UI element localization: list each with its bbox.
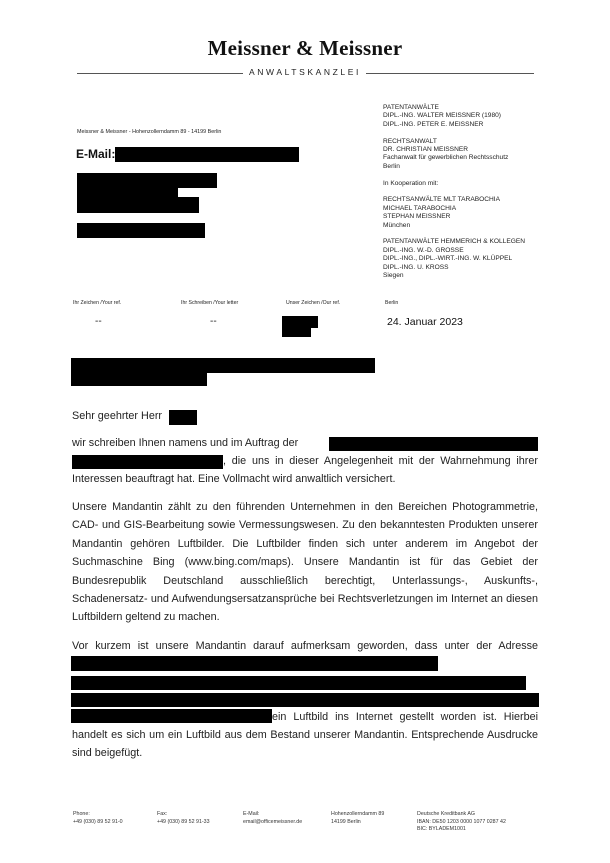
redacted-address-line-4 — [77, 223, 205, 238]
firm-subtitle-text: ANWALTSKANZLEI — [244, 67, 366, 77]
para3-line1: Vor kurzem ist unsere Mandantin darauf a… — [72, 637, 538, 655]
sidebar-line: Fachanwalt für gewerblichen Rechtsschutz — [383, 154, 525, 162]
sidebar-line: PATENTANWÄLTE HEMMERICH & KOLLEGEN — [383, 238, 525, 246]
partner-block-tarabochia: RECHTSANWÄLTE MLT TARABOCHIA MICHAEL TAR… — [383, 196, 525, 230]
redacted-recipient-name — [169, 410, 197, 425]
para1-line2: , die uns in dieser Angelegenheit mit de… — [223, 452, 538, 470]
redacted-subject-line-2 — [71, 372, 207, 386]
place-label: Berlin — [385, 300, 398, 306]
footer-phone-label: Phone: — [73, 811, 123, 819]
para1-line3: Interessen beauftragt hat. Eine Vollmach… — [72, 470, 395, 488]
sidebar-line: MICHAEL TARABOCHIA — [383, 205, 525, 213]
para3-line5: ein Luftbild ins Internet gestellt worde… — [272, 708, 538, 726]
footer-iban: IBAN: DE50 1203 0000 1077 0287 42 — [417, 819, 506, 827]
partner-block-cooperation: In Kooperation mit: — [383, 180, 525, 188]
sidebar-line: DIPL.-ING., DIPL.-WIRT.-ING. W. KLÜPPEL — [383, 255, 525, 263]
partner-block-rechtsanwalt: RECHTSANWALT DR. CHRISTIAN MEISSNER Fach… — [383, 138, 525, 172]
sidebar-line: Siegen — [383, 272, 525, 280]
sidebar-line: DR. CHRISTIAN MEISSNER — [383, 146, 525, 154]
redacted-our-ref-2 — [282, 327, 311, 337]
footer-fax-value: +49 (030) 89 52 91-33 — [157, 819, 210, 827]
partner-block-patentanwaelte: PATENTANWÄLTE DIPL.-ING. WALTER MEISSNER… — [383, 104, 525, 129]
sidebar-line: DIPL.-ING. WALTER MEISSNER (1980) — [383, 112, 525, 120]
sidebar-line: In Kooperation mit: — [383, 180, 525, 188]
your-ref-label: Ihr Zeichen /Your ref. — [73, 300, 121, 306]
firm-subtitle: ANWALTSKANZLEI — [0, 67, 610, 77]
partner-sidebar: PATENTANWÄLTE DIPL.-ING. WALTER MEISSNER… — [383, 104, 525, 289]
your-letter-value: -- — [210, 316, 217, 327]
redacted-subject-line-1 — [71, 358, 375, 373]
recipient-email-label: E-Mail: — [76, 147, 115, 161]
sidebar-line: RECHTSANWÄLTE MLT TARABOCHIA — [383, 196, 525, 204]
sidebar-line: München — [383, 222, 525, 230]
partner-block-hemmerich: PATENTANWÄLTE HEMMERICH & KOLLEGEN DIPL.… — [383, 238, 525, 280]
para1-line1: wir schreiben Ihnen namens und im Auftra… — [72, 434, 298, 452]
redacted-url-line-4 — [71, 709, 272, 723]
your-ref-value: -- — [95, 316, 102, 327]
sender-return-address: Meissner & Meissner - Hohenzollerndamm 8… — [77, 129, 221, 135]
sidebar-line: STEPHAN MEISSNER — [383, 213, 525, 221]
footer-phone: Phone: +49 (030) 89 52 91-0 — [73, 811, 123, 826]
redacted-url-line-3 — [71, 693, 539, 707]
footer-fax: Fax: +49 (030) 89 52 91-33 — [157, 811, 210, 826]
firm-name: Meissner & Meissner — [0, 36, 610, 61]
para2: Unsere Mandantin zählt zu den führenden … — [72, 498, 538, 627]
footer-fax-label: Fax: — [157, 811, 210, 819]
footer-email-value[interactable]: email@officemeissner.de — [243, 819, 302, 827]
sidebar-line: PATENTANWÄLTE — [383, 104, 525, 112]
footer-bank-name: Deutsche Kreditbank AG — [417, 811, 506, 819]
footer-phone-value: +49 (030) 89 52 91-0 — [73, 819, 123, 827]
redacted-url-line-1 — [71, 656, 438, 671]
sidebar-line: DIPL.-ING. U. KROSS — [383, 264, 525, 272]
footer-address-line1: Hohenzollerndamm 89 — [331, 811, 384, 819]
redacted-url-line-2 — [71, 676, 526, 690]
redacted-address-line-3 — [77, 197, 199, 213]
footer-email-label: E-Mail: — [243, 811, 302, 819]
sidebar-line: Berlin — [383, 163, 525, 171]
our-ref-label: Unser Zeichen /Our ref. — [286, 300, 340, 306]
sidebar-line: DIPL.-ING. W.-D. GROSSE — [383, 247, 525, 255]
sidebar-line: DIPL.-ING. PETER E. MEISSNER — [383, 121, 525, 129]
sidebar-line: RECHTSANWALT — [383, 138, 525, 146]
redacted-client-name-1 — [329, 437, 538, 451]
footer-address-line2: 14199 Berlin — [331, 819, 384, 827]
redacted-client-name-2 — [72, 455, 223, 469]
salutation: Sehr geehrter Herr — [72, 407, 162, 425]
footer-bic: BIC: BYLADEM1001 — [417, 826, 506, 834]
letter-date: 24. Januar 2023 — [387, 316, 463, 328]
footer-address: Hohenzollerndamm 89 14199 Berlin — [331, 811, 384, 826]
para3-rest: handelt es sich um ein Luftbild aus dem … — [72, 726, 538, 763]
footer-email: E-Mail: email@officemeissner.de — [243, 811, 302, 826]
redacted-recipient-email — [115, 147, 299, 162]
your-letter-label: Ihr Schreiben /Your letter — [181, 300, 238, 306]
footer-bank: Deutsche Kreditbank AG IBAN: DE50 1203 0… — [417, 811, 506, 834]
